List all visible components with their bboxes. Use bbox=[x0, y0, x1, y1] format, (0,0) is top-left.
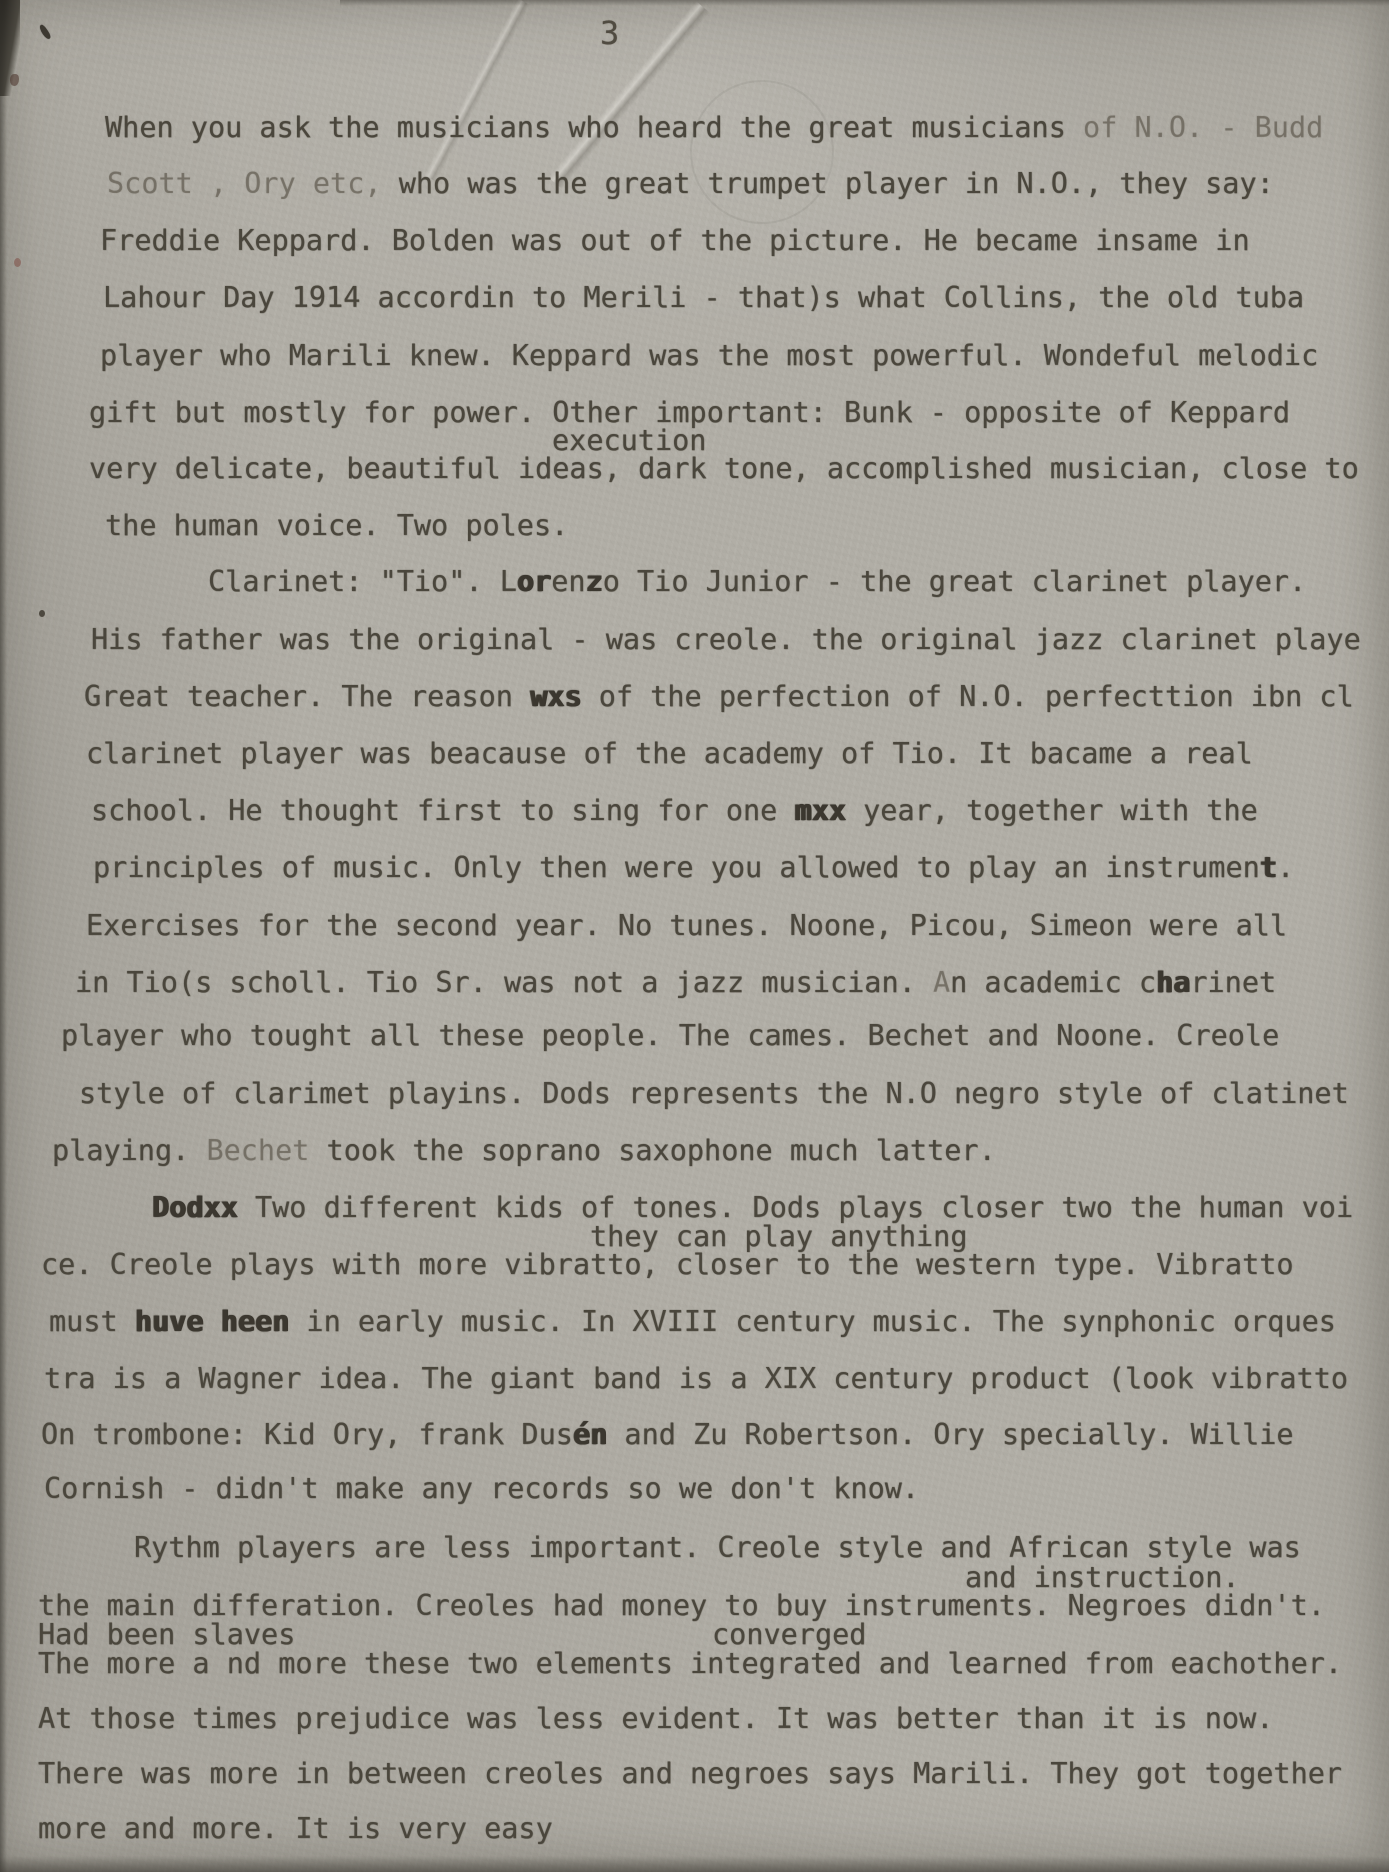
typed-line: principles of music. Only then were you … bbox=[93, 852, 1294, 884]
text-segment: in early music. In XVIII century music. … bbox=[289, 1305, 1336, 1338]
text-segment: t bbox=[1260, 851, 1277, 884]
typed-line: player who Marili knew. Keppard was the … bbox=[100, 340, 1318, 372]
typed-line: the human voice. Two poles. bbox=[105, 510, 568, 542]
text-segment: n academic c bbox=[950, 966, 1156, 999]
text-segment: clarinet player was beacause of the acad… bbox=[86, 737, 1253, 770]
text-segment: must bbox=[49, 1305, 135, 1338]
text-segment: year, together with the bbox=[846, 794, 1258, 827]
text-segment: Exercises for the second year. No tunes.… bbox=[86, 909, 1287, 942]
ink-mark bbox=[38, 24, 52, 41]
text-segment: ce. Creole plays with more vibratto, clo… bbox=[41, 1248, 1294, 1281]
text-segment: ha bbox=[1156, 966, 1190, 999]
text-segment: the human voice. Two poles. bbox=[105, 509, 568, 542]
typed-line: Scott , Ory etc, who was the great trump… bbox=[107, 168, 1274, 200]
ink-mark bbox=[39, 610, 45, 617]
text-segment: very delicate, beautiful ideas, dark ton… bbox=[89, 452, 1359, 485]
text-segment: principles of music. Only then were you … bbox=[93, 851, 1260, 884]
paper-crease bbox=[548, 1, 710, 189]
text-segment: wxs bbox=[530, 680, 581, 713]
text-segment: took the soprano saxophone much latter. bbox=[309, 1134, 995, 1167]
text-segment: huve bbox=[135, 1305, 204, 1338]
typed-line: tra is a Wagner idea. The giant band is … bbox=[44, 1363, 1348, 1395]
typed-line: Great teacher. The reason wxs of the per… bbox=[84, 681, 1354, 713]
text-segment: Clarinet: "Tio". L bbox=[208, 565, 517, 598]
text-segment: Freddie Keppard. Bolden was out of the p… bbox=[100, 224, 1250, 257]
typed-line: Lahour Day 1914 accordin to Merili - tha… bbox=[103, 282, 1304, 314]
text-segment bbox=[203, 1305, 220, 1338]
paper-crease bbox=[424, 0, 530, 182]
typed-line: Clarinet: "Tio". Lorenzo Tio Junior - th… bbox=[208, 566, 1306, 598]
text-segment: Scott , Ory etc, bbox=[107, 167, 382, 200]
text-segment: When you ask the musicians who heard the… bbox=[105, 111, 1083, 144]
typed-line: must huve heen in early music. In XVIII … bbox=[49, 1306, 1336, 1338]
text-segment: A bbox=[933, 966, 950, 999]
typed-line: more and more. It is very easy bbox=[38, 1813, 553, 1845]
text-segment: player who tought all these people. The … bbox=[61, 1019, 1279, 1052]
text-segment: more and more. It is very easy bbox=[38, 1812, 553, 1845]
typed-line: ce. Creole plays with more vibratto, clo… bbox=[41, 1249, 1294, 1281]
text-segment: style of clarimet playins. Dods represen… bbox=[79, 1077, 1349, 1110]
text-segment: There was more in between creoles and ne… bbox=[38, 1757, 1342, 1790]
text-segment: rinet bbox=[1190, 966, 1276, 999]
scan-edge-shadow bbox=[340, 0, 1389, 6]
text-segment: or bbox=[517, 565, 551, 598]
text-segment: The more a nd more these two elements in… bbox=[38, 1647, 1342, 1680]
text-segment: player who Marili knew. Keppard was the … bbox=[100, 339, 1318, 372]
page-number: 3 bbox=[600, 14, 619, 52]
typed-line: There was more in between creoles and ne… bbox=[38, 1758, 1342, 1790]
text-segment: who was the great trumpet player in N.O.… bbox=[382, 167, 1274, 200]
text-segment: Rythm players are less important. Creole… bbox=[134, 1531, 1301, 1564]
text-segment: Bechet bbox=[206, 1134, 309, 1167]
text-segment: Dodxx bbox=[152, 1191, 238, 1224]
typed-line: school. He thought first to sing for one… bbox=[91, 795, 1258, 827]
text-segment: o Tio Junior - the great clarinet player… bbox=[603, 565, 1307, 598]
typed-line: in Tio(s scholl. Tio Sr. was not a jazz … bbox=[75, 967, 1276, 999]
text-segment: Cornish - didn't make any records so we … bbox=[44, 1472, 919, 1505]
typed-line: At those times prejudice was less eviden… bbox=[38, 1703, 1273, 1735]
typed-line: playing. Bechet took the soprano saxopho… bbox=[52, 1135, 996, 1167]
typed-line: Freddie Keppard. Bolden was out of the p… bbox=[100, 225, 1250, 257]
typed-line: very delicate, beautiful ideas, dark ton… bbox=[89, 453, 1359, 485]
typed-line: The more a nd more these two elements in… bbox=[38, 1648, 1342, 1680]
scan-edge-shadow bbox=[0, 0, 7, 1872]
text-segment: Lahour Day 1914 accordin to Merili - tha… bbox=[103, 281, 1304, 314]
text-segment: of the perfection of N.O. perfecttion ib… bbox=[582, 680, 1354, 713]
typed-line: style of clarimet playins. Dods represen… bbox=[79, 1078, 1349, 1110]
text-segment: His father was the original - was creole… bbox=[91, 623, 1361, 656]
paper-stain bbox=[14, 258, 21, 267]
typed-line: When you ask the musicians who heard the… bbox=[105, 112, 1323, 144]
document-page: 3 When you ask the musicians who heard t… bbox=[0, 0, 1389, 1872]
text-segment: . bbox=[1277, 851, 1294, 884]
text-segment: Great teacher. The reason bbox=[84, 680, 530, 713]
typed-line: Exercises for the second year. No tunes.… bbox=[86, 910, 1287, 942]
typed-line: Rythm players are less important. Creole… bbox=[134, 1532, 1301, 1564]
paper-smudge bbox=[690, 80, 834, 224]
typed-line: player who tought all these people. The … bbox=[61, 1020, 1279, 1052]
text-segment: in Tio(s scholl. Tio Sr. was not a jazz … bbox=[75, 966, 933, 999]
typed-line: His father was the original - was creole… bbox=[91, 624, 1361, 656]
text-segment: and Zu Robertson. Ory specially. Willie bbox=[607, 1418, 1293, 1451]
text-segment: én bbox=[573, 1418, 607, 1451]
text-segment: en bbox=[551, 565, 585, 598]
text-segment: mxx bbox=[795, 794, 846, 827]
text-segment: z bbox=[586, 565, 603, 598]
text-segment: school. He thought first to sing for one bbox=[91, 794, 795, 827]
scan-edge-shadow bbox=[0, 1856, 1389, 1872]
text-segment: of N.O. - Budd bbox=[1083, 111, 1323, 144]
text-segment: playing. bbox=[52, 1134, 206, 1167]
text-segment: heen bbox=[221, 1305, 290, 1338]
typed-line: clarinet player was beacause of the acad… bbox=[86, 738, 1253, 770]
typed-line: Cornish - didn't make any records so we … bbox=[44, 1473, 919, 1505]
typed-line: On trombone: Kid Ory, frank Dusén and Zu… bbox=[41, 1419, 1294, 1451]
text-segment: tra is a Wagner idea. The giant band is … bbox=[44, 1362, 1348, 1395]
text-segment: At those times prejudice was less eviden… bbox=[38, 1702, 1273, 1735]
text-segment: On trombone: Kid Ory, frank Dus bbox=[41, 1418, 573, 1451]
